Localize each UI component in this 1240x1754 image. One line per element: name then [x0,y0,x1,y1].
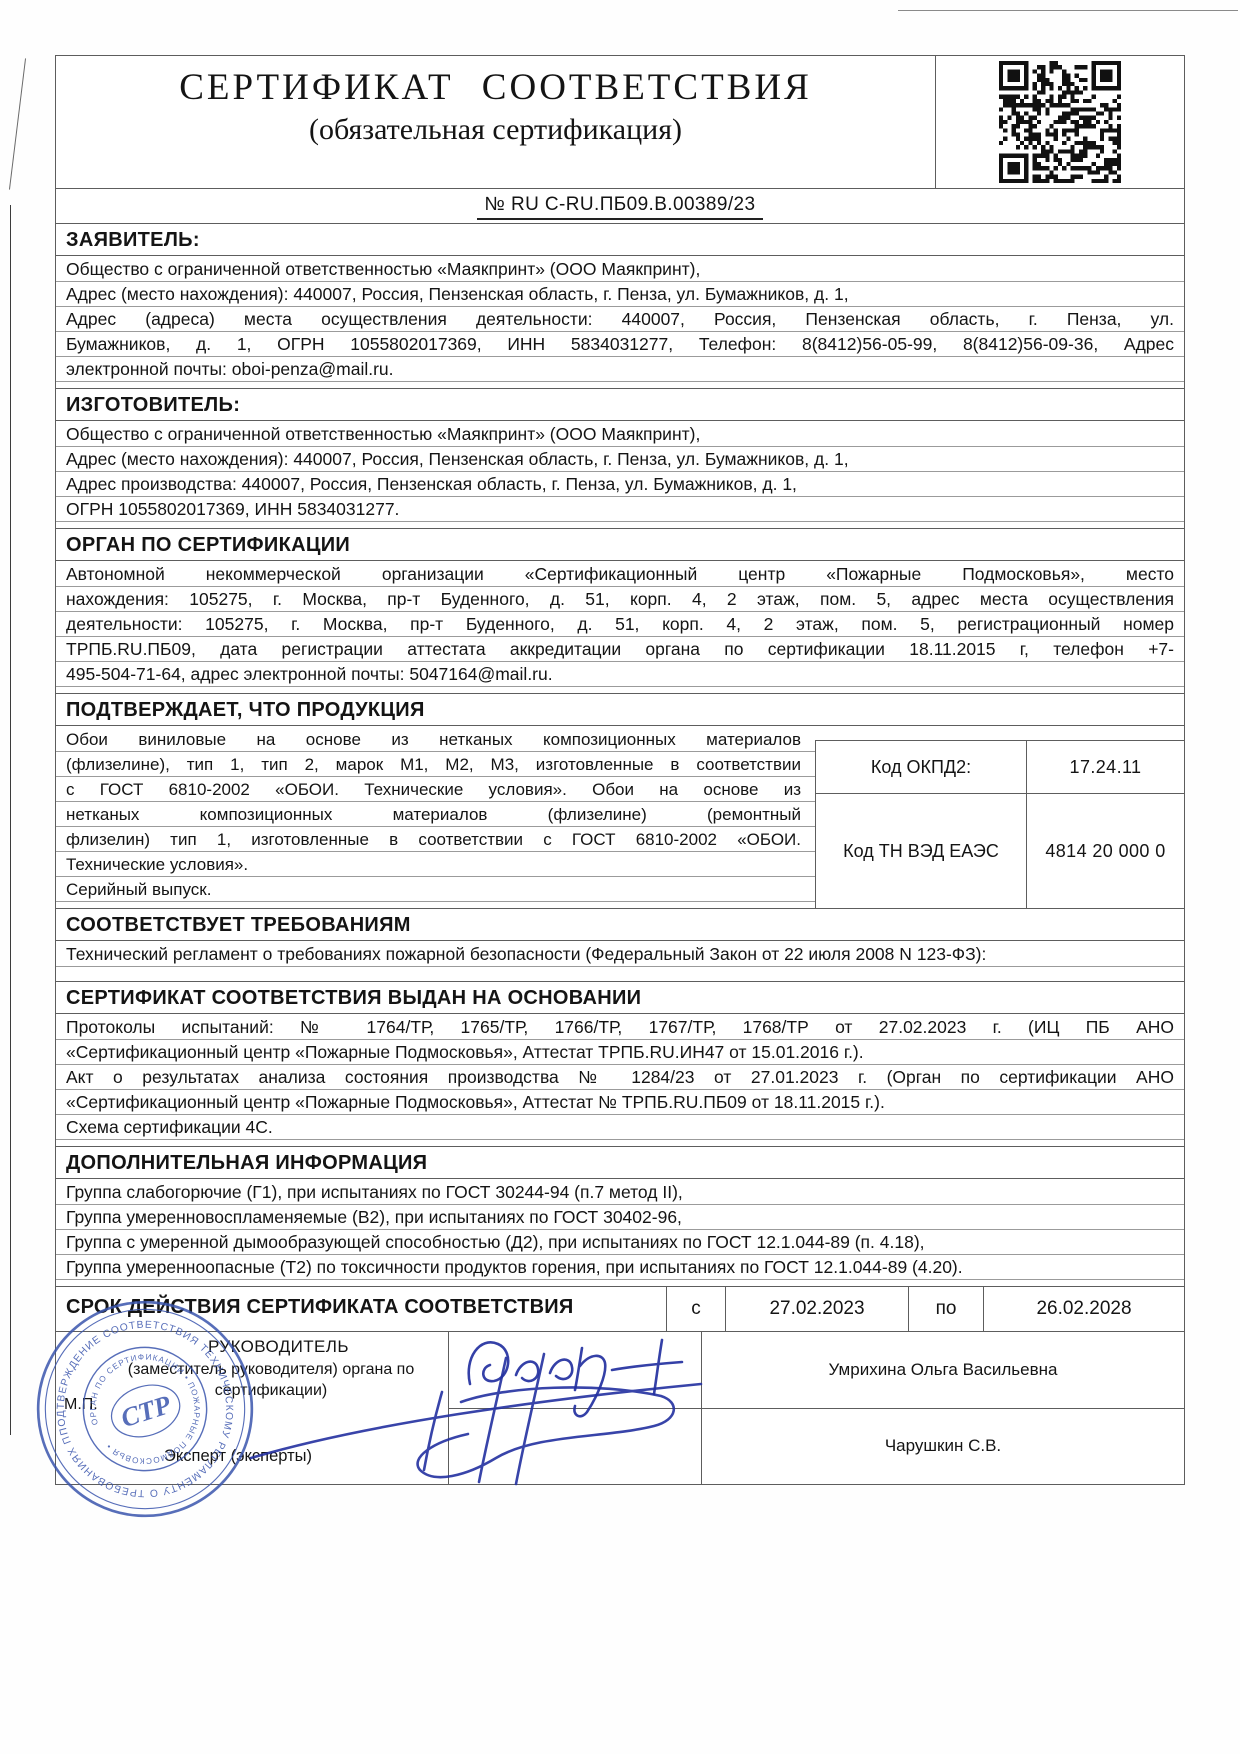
document-title: СЕРТИФИКАТ СООТВЕТСТВИЯ [56,66,935,109]
validity-from-label: с [666,1287,725,1331]
validity-heading: СРОК ДЕЙСТВИЯ СЕРТИФИКАТА СООТВЕТСТВИЯ [56,1287,666,1331]
tnved-label: Код ТН ВЭД ЕАЭС [816,794,1027,908]
okpd2-label: Код ОКПД2: [816,741,1027,793]
basis-body: Протоколы испытаний: № 1764/ТР, 1765/ТР,… [56,1014,1184,1147]
text-line: Группа слабогорючие (Г1), при испытаниях… [66,1180,1174,1205]
text-line: ОГРН 1055802017369, ИНН 5834031277. [66,497,1174,522]
product-codes-table: Код ОКПД2: 17.24.11 Код ТН ВЭД ЕАЭС 4814… [815,740,1184,908]
header: СЕРТИФИКАТ СООТВЕТСТВИЯ (обязательная се… [56,56,1184,189]
text-line: Общество с ограниченной ответственностью… [66,257,1174,282]
text-line: электронной почты: oboi-penza@mail.ru. [66,357,1174,382]
text-line: Адрес (адреса) места осуществления деяте… [66,307,1174,332]
signature-grid: Умрихина Ольга Васильевна Чарушкин С.В. [448,1332,1184,1484]
okpd2-value: 17.24.11 [1027,741,1184,793]
applicant-body: Общество с ограниченной ответственностью… [56,256,1184,389]
product-section: Обои виниловые на основе из нетканых ком… [56,726,1184,909]
text-line: Общество с ограниченной ответственностью… [66,422,1174,447]
product-description: Обои виниловые на основе из нетканых ком… [56,726,815,908]
basis-heading: СЕРТИФИКАТ СООТВЕТСТВИЯ ВЫДАН НА ОСНОВАН… [56,982,1184,1014]
document-subtitle: (обязательная сертификация) [56,113,935,147]
applicant-heading: ЗАЯВИТЕЛЬ: [56,224,1184,256]
manufacturer-body: Общество с ограниченной ответственностью… [56,421,1184,529]
text-line: Группа умеренноопасные (Т2) по токсичнос… [66,1255,1174,1280]
expert-name: Чарушкин С.В. [702,1409,1184,1485]
head-signature-row: Умрихина Ольга Васильевна [449,1332,1184,1409]
cert-body-text: Автономной некоммерческой организации «С… [56,561,1184,694]
text-line: Бумажников, д. 1, ОГРН 1055802017369, ИН… [66,332,1174,357]
text-line: Группа с умеренной дымообразующей способ… [66,1230,1174,1255]
title-block: СЕРТИФИКАТ СООТВЕТСТВИЯ (обязательная се… [56,56,935,188]
expert-signature-area [449,1409,702,1485]
text-line: Технический регламент о требованиях пожа… [66,942,1174,967]
additional-body: Группа слабогорючие (Г1), при испытаниях… [56,1179,1184,1287]
tnved-value: 4814 20 000 0 [1027,794,1184,908]
mp-label: М.П. [64,1396,98,1414]
validity-to-date: 26.02.2028 [983,1287,1184,1331]
manufacturer-heading: ИЗГОТОВИТЕЛЬ: [56,389,1184,421]
signature-block: РУКОВОДИТЕЛЬ (заместитель руководителя) … [56,1332,1184,1484]
text-line: Акт о результатах анализа состояния прои… [66,1065,1174,1090]
validity-to-label: по [908,1287,983,1331]
text-line: нетканых композиционных материалов (флиз… [66,802,801,827]
validity-from-date: 27.02.2023 [725,1287,908,1331]
text-line: с ГОСТ 6810-2002 «ОБОИ. Технические усло… [66,777,801,802]
certificate-number: № RU C-RU.ПБ09.В.00389/23 [477,194,764,220]
text-line: Группа умеренновоспламеняемые (В2), при … [66,1205,1174,1230]
text-line: Обои виниловые на основе из нетканых ком… [66,727,801,752]
head-name: Умрихина Ольга Васильевна [702,1332,1184,1408]
validity-row: СРОК ДЕЙСТВИЯ СЕРТИФИКАТА СООТВЕТСТВИЯ с… [56,1287,1184,1332]
scan-artifact-corner [9,58,26,189]
text-line: «Сертификационный центр «Пожарные Подмос… [66,1040,1174,1065]
text-line: нахождения: 105275, г. Москва, пр-т Буде… [66,587,1174,612]
scan-artifact-left-edge [10,205,11,1435]
head-title-label: РУКОВОДИТЕЛЬ [208,1337,349,1357]
tnved-row: Код ТН ВЭД ЕАЭС 4814 20 000 0 [816,794,1184,908]
requirements-heading: СООТВЕТСТВУЕТ ТРЕБОВАНИЯМ [56,909,1184,941]
qr-cell [935,56,1184,188]
okpd2-row: Код ОКПД2: 17.24.11 [816,741,1184,794]
additional-heading: ДОПОЛНИТЕЛЬНАЯ ИНФОРМАЦИЯ [56,1147,1184,1179]
requirements-body: Технический регламент о требованиях пожа… [56,941,1184,982]
text-line: Схема сертификации 4С. [66,1115,1174,1140]
text-line: деятельности: 105275, г. Москва, пр-т Бу… [66,612,1174,637]
expert-label: Эксперт (эксперты) [164,1447,312,1466]
text-line: (флизелине), тип 1, тип 2, марок М1, М2,… [66,752,801,777]
text-line: Автономной некоммерческой организации «С… [66,562,1174,587]
text-line: флизелин) тип 1, изготовленные в соответ… [66,827,801,852]
text-line: Адрес производства: 440007, Россия, Пенз… [66,472,1174,497]
signature-labels: РУКОВОДИТЕЛЬ (заместитель руководителя) … [56,1332,448,1484]
text-line: «Сертификационный центр «Пожарные Подмос… [66,1090,1174,1115]
text-line: Серийный выпуск. [66,877,801,902]
certificate-page: СЕРТИФИКАТ СООТВЕТСТВИЯ (обязательная се… [0,0,1240,1754]
head-role-label: (заместитель руководителя) органа по сер… [126,1359,416,1401]
number-row: № RU C-RU.ПБ09.В.00389/23 [56,189,1184,224]
text-line: Адрес (место нахождения): 440007, Россия… [66,447,1174,472]
certificate-frame: СЕРТИФИКАТ СООТВЕТСТВИЯ (обязательная се… [55,55,1185,1485]
text-line: Технические условия». [66,852,801,877]
head-signature-area [449,1332,702,1408]
qr-code-icon [999,61,1121,183]
scan-artifact-top-edge [898,10,1238,11]
cert-body-heading: ОРГАН ПО СЕРТИФИКАЦИИ [56,529,1184,561]
text-line: Адрес (место нахождения): 440007, Россия… [66,282,1174,307]
product-heading: ПОДТВЕРЖДАЕТ, ЧТО ПРОДУКЦИЯ [56,694,1184,726]
text-line: Протоколы испытаний: № 1764/ТР, 1765/ТР,… [66,1015,1174,1040]
text-line: ТРПБ.RU.ПБ09, дата регистрации аттестата… [66,637,1174,662]
expert-signature-row: Чарушкин С.В. [449,1409,1184,1485]
text-line: 495-504-71-64, адрес электронной почты: … [66,662,1174,687]
